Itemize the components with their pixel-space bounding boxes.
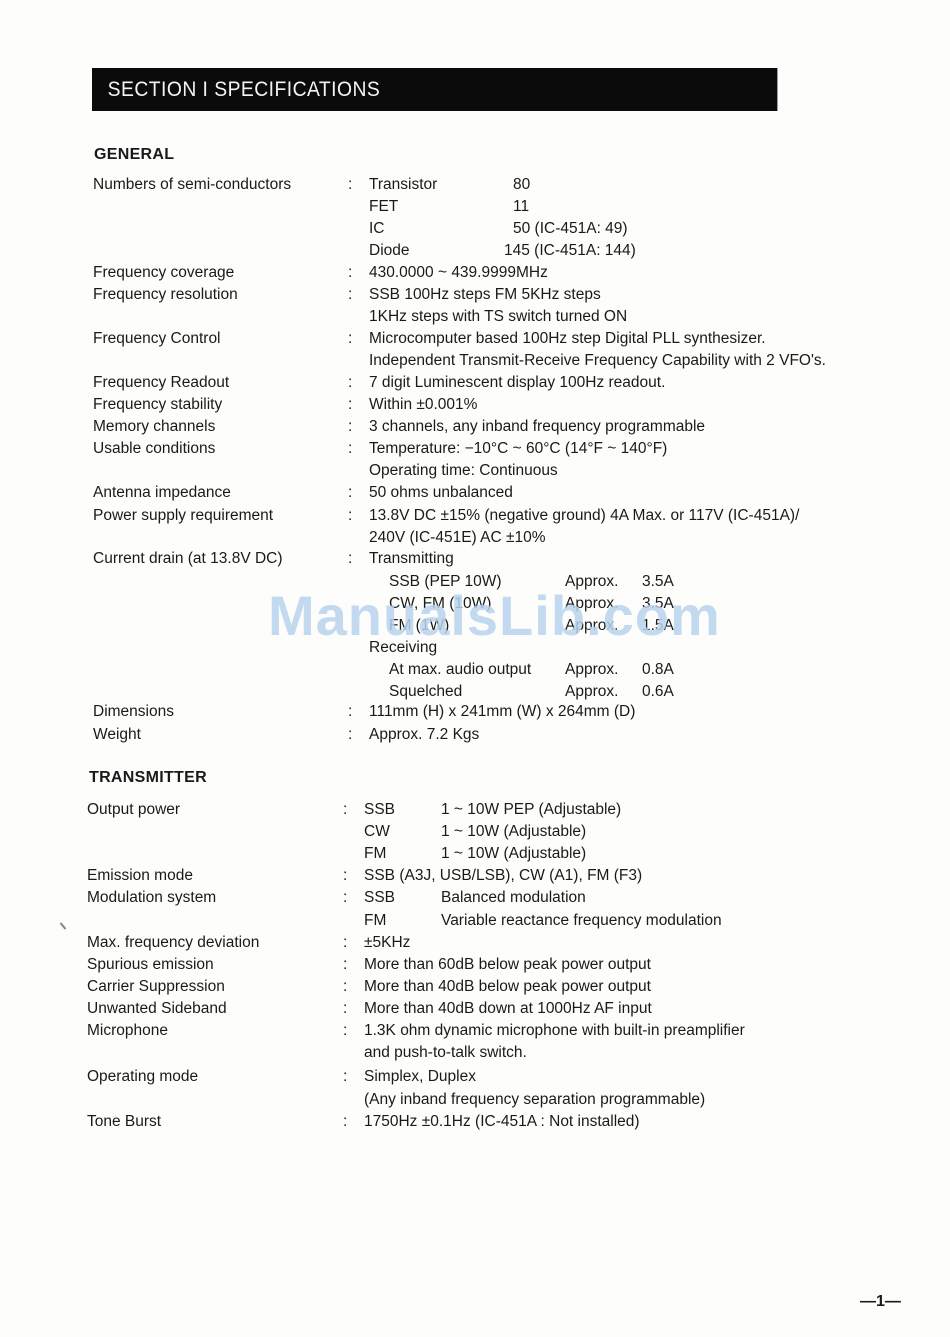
spec-label: Carrier Suppression	[87, 978, 225, 996]
spec-value: 13.8V DC ±15% (negative ground) 4A Max. …	[369, 507, 799, 525]
spec-value: 111mm (H) x 241mm (W) x 264mm (D)	[369, 703, 635, 721]
spec-label: Operating mode	[87, 1068, 198, 1086]
spec-value: SSB (A3J, USB/LSB), CW (A1), FM (F3)	[364, 867, 642, 885]
spec-value: FM	[364, 845, 386, 863]
spec-label: Output power	[87, 801, 180, 819]
spec-value: More than 40dB down at 1000Hz AF input	[364, 1000, 652, 1018]
spec-label: Frequency coverage	[93, 264, 234, 282]
spec-value: 7 digit Luminescent display 100Hz readou…	[369, 374, 665, 392]
spec-value: 1 ~ 10W PEP (Adjustable)	[441, 801, 621, 819]
spec-value: Within ±0.001%	[369, 396, 477, 414]
spec-value: ±5KHz	[364, 934, 410, 952]
spec-label: Frequency stability	[93, 396, 222, 414]
spec-value: 80	[513, 176, 530, 194]
spec-value: (Any inband frequency separation program…	[364, 1091, 705, 1109]
spec-label: Modulation system	[87, 889, 216, 907]
separator-colon: :	[348, 330, 352, 348]
separator-colon: :	[348, 418, 352, 436]
spec-value: Diode	[369, 242, 410, 260]
separator-colon: :	[343, 1113, 347, 1131]
separator-colon: :	[348, 264, 352, 282]
spec-label: Microphone	[87, 1022, 168, 1040]
spec-value: FET	[369, 198, 398, 216]
spec-value: Transistor	[369, 176, 437, 194]
spec-value: 0.8A	[642, 661, 674, 679]
separator-colon: :	[348, 176, 352, 194]
separator-colon: :	[343, 1068, 347, 1086]
spec-value: Microcomputer based 100Hz step Digital P…	[369, 330, 766, 348]
spec-label: Frequency resolution	[93, 286, 238, 304]
spec-value: 1750Hz ±0.1Hz (IC-451A : Not installed)	[364, 1113, 640, 1131]
separator-colon: :	[343, 1000, 347, 1018]
spec-label: Emission mode	[87, 867, 193, 885]
spec-value: Temperature: −10°C ~ 60°C (14°F ~ 140°F)	[369, 440, 667, 458]
spec-label: Spurious emission	[87, 956, 214, 974]
spec-label: Antenna impedance	[93, 484, 231, 502]
spec-value: Simplex, Duplex	[364, 1068, 476, 1086]
spec-value: SSB 100Hz steps FM 5KHz steps	[369, 286, 601, 304]
spec-value: 1 ~ 10W (Adjustable)	[441, 823, 586, 841]
spec-label: Frequency Control	[93, 330, 221, 348]
spec-label: Numbers of semi-conductors	[93, 176, 291, 194]
spec-label: Dimensions	[93, 703, 174, 721]
separator-colon: :	[348, 507, 352, 525]
spec-label: Memory channels	[93, 418, 215, 436]
scan-speck	[60, 922, 67, 929]
spec-value: More than 40dB below peak power output	[364, 978, 651, 996]
spec-value: 240V (IC-451E) AC ±10%	[369, 529, 546, 547]
spec-value: Approx. 7.2 Kgs	[369, 726, 479, 744]
separator-colon: :	[348, 703, 352, 721]
separator-colon: :	[343, 801, 347, 819]
spec-label: Max. frequency deviation	[87, 934, 259, 952]
spec-value: Independent Transmit-Receive Frequency C…	[369, 352, 826, 370]
spec-value: FM	[364, 912, 386, 930]
watermark: ManualsLib.com	[268, 583, 721, 648]
spec-value: Operating time: Continuous	[369, 462, 558, 480]
separator-colon: :	[348, 440, 352, 458]
spec-value: 1KHz steps with TS switch turned ON	[369, 308, 627, 326]
heading-transmitter: TRANSMITTER	[89, 769, 207, 787]
separator-colon: :	[348, 396, 352, 414]
spec-label: Power supply requirement	[93, 507, 273, 525]
separator-colon: :	[343, 889, 347, 907]
spec-value: 11	[513, 198, 529, 216]
spec-value: 3 channels, any inband frequency program…	[369, 418, 705, 436]
separator-colon: :	[348, 484, 352, 502]
spec-value: 1.3K ohm dynamic microphone with built-i…	[364, 1022, 745, 1040]
spec-value: Variable reactance frequency modulation	[441, 912, 722, 930]
separator-colon: :	[343, 1022, 347, 1040]
separator-colon: :	[343, 867, 347, 885]
spec-label: Usable conditions	[93, 440, 215, 458]
spec-label: Weight	[93, 726, 141, 744]
spec-value: Squelched	[389, 683, 462, 701]
spec-value: 50 ohms unbalanced	[369, 484, 513, 502]
spec-value: CW	[364, 823, 390, 841]
spec-value: 0.6A	[642, 683, 674, 701]
spec-value: SSB	[364, 889, 395, 907]
spec-value: Approx.	[565, 683, 618, 701]
spec-value: 50 (IC-451A: 49)	[513, 220, 628, 238]
spec-label: Tone Burst	[87, 1113, 161, 1131]
heading-general: GENERAL	[94, 146, 174, 164]
spec-value: 1 ~ 10W (Adjustable)	[441, 845, 586, 863]
spec-value: Transmitting	[369, 550, 454, 568]
separator-colon: :	[348, 286, 352, 304]
spec-value: 145 (IC-451A: 144)	[504, 242, 636, 260]
separator-colon: :	[348, 374, 352, 392]
spec-value: Approx.	[565, 661, 618, 679]
separator-colon: :	[348, 726, 352, 744]
spec-value: More than 60dB below peak power output	[364, 956, 651, 974]
separator-colon: :	[343, 956, 347, 974]
spec-value: IC	[369, 220, 385, 238]
spec-value: At max. audio output	[389, 661, 531, 679]
spec-value: 430.0000 ~ 439.9999MHz	[369, 264, 548, 282]
spec-label: Unwanted Sideband	[87, 1000, 227, 1018]
separator-colon: :	[348, 550, 352, 568]
separator-colon: :	[343, 934, 347, 952]
spec-value: and push-to-talk switch.	[364, 1044, 527, 1062]
separator-colon: :	[343, 978, 347, 996]
spec-value: SSB	[364, 801, 395, 819]
section-banner: SECTION I SPECIFICATIONS	[92, 68, 777, 111]
spec-label: Current drain (at 13.8V DC)	[93, 550, 283, 568]
spec-label: Frequency Readout	[93, 374, 229, 392]
page-number: —1—	[860, 1293, 901, 1311]
spec-value: Balanced modulation	[441, 889, 586, 907]
